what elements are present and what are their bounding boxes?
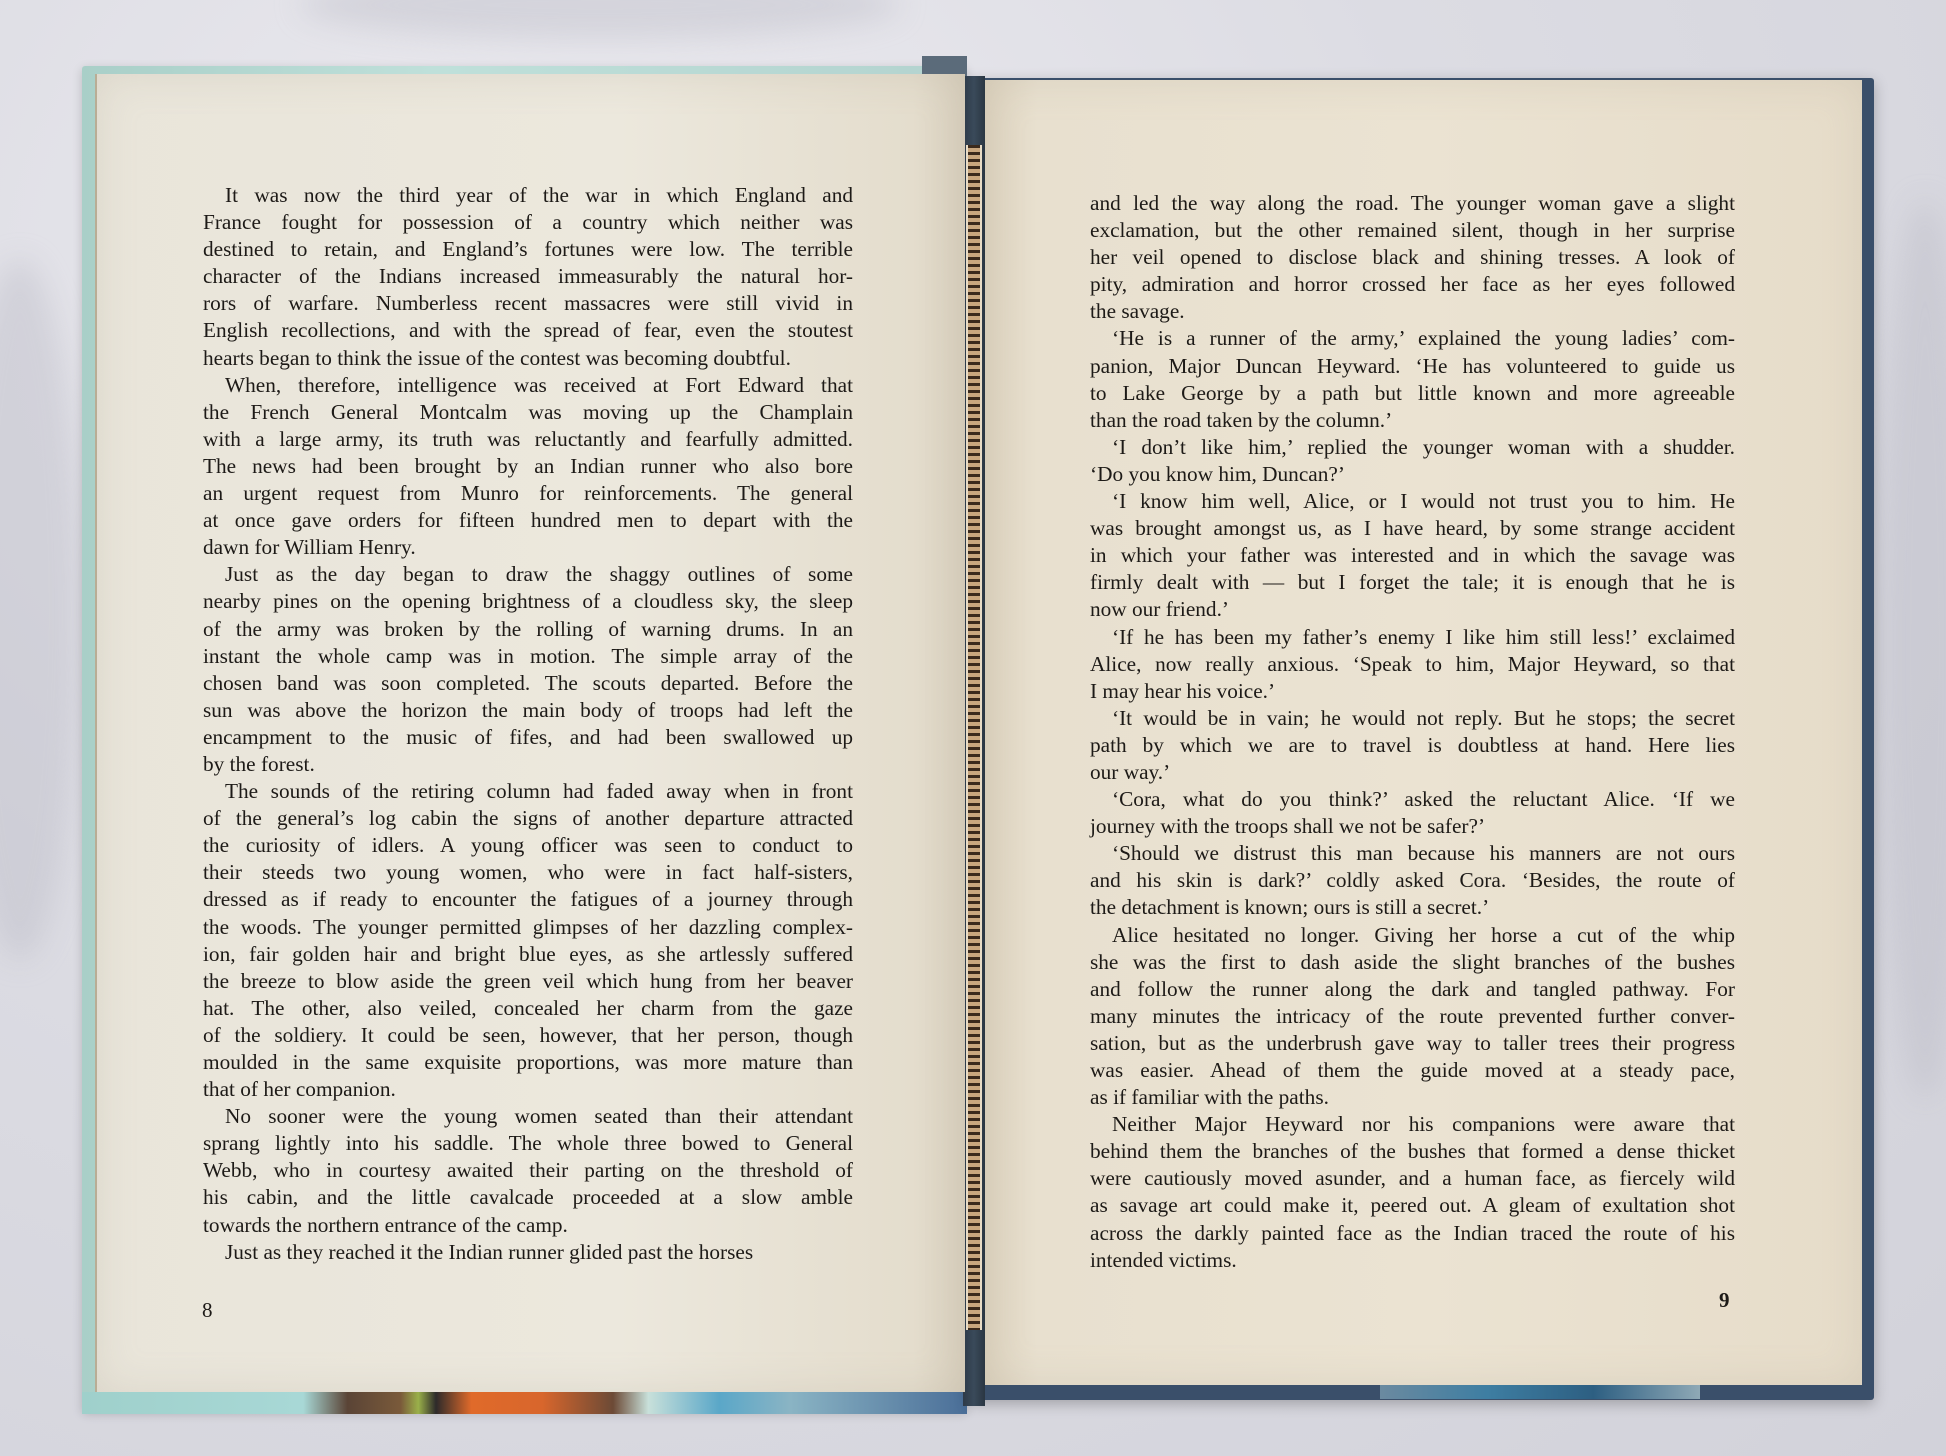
text-line: Neither Major Heyward nor his companions… (1090, 1111, 1735, 1138)
paragraph: Just as the day began to draw the shaggy… (203, 561, 853, 778)
binding-stitching (966, 145, 982, 1330)
text-line: France fought for possession of a countr… (203, 209, 853, 236)
text-line: encampment to the music of fifes, and ha… (203, 724, 853, 751)
text-line: to Lake George by a path but little know… (1090, 380, 1735, 407)
text-line: Just as they reached it the Indian runne… (203, 1239, 853, 1266)
text-line: behind them the branches of the bushes t… (1090, 1138, 1735, 1165)
text-line: as savage art could make it, peered out.… (1090, 1192, 1735, 1219)
text-line: rors of warfare. Numberless recent massa… (203, 290, 853, 317)
text-line: our way.’ (1090, 759, 1735, 786)
book-spine-top (922, 56, 967, 76)
text-line: Alice hesitated no longer. Giving her ho… (1090, 922, 1735, 949)
paragraph: Alice hesitated no longer. Giving her ho… (1090, 922, 1735, 1112)
text-line: now our friend.’ (1090, 596, 1735, 623)
text-line: and led the way along the road. The youn… (1090, 190, 1735, 217)
text-line: The sounds of the retiring column had fa… (203, 778, 853, 805)
text-line: and follow the runner along the dark and… (1090, 976, 1735, 1003)
text-line: ion, fair golden hair and bright blue ey… (203, 941, 853, 968)
text-line: at once gave orders for fifteen hundred … (203, 507, 853, 534)
text-line: by the forest. (203, 751, 853, 778)
text-line: Webb, who in courtesy awaited their part… (203, 1157, 853, 1184)
cloth-fold (0, 260, 80, 960)
text-line: pity, admiration and horror crossed her … (1090, 271, 1735, 298)
page-number-left: 8 (202, 1298, 213, 1323)
paragraph: ‘He is a runner of the army,’ explained … (1090, 325, 1735, 433)
text-line: the savage. (1090, 298, 1735, 325)
text-line: ‘I don’t like him,’ replied the younger … (1090, 434, 1735, 461)
text-line: the woods. The younger permitted glimpse… (203, 914, 853, 941)
text-line: than the road taken by the column.’ (1090, 407, 1735, 434)
text-line: dressed as if ready to encounter the fat… (203, 886, 853, 913)
text-line: It was now the third year of the war in … (203, 182, 853, 209)
text-line: the breeze to blow aside the green veil … (203, 968, 853, 995)
text-line: When, therefore, intelligence was receiv… (203, 372, 853, 399)
text-line: was easier. Ahead of them the guide move… (1090, 1057, 1735, 1084)
text-line: ‘If he has been my father’s enemy I like… (1090, 624, 1735, 651)
text-line: the curiosity of idlers. A young officer… (203, 832, 853, 859)
text-line: she was the first to dash aside the slig… (1090, 949, 1735, 976)
paragraph: ‘I know him well, Alice, or I would not … (1090, 488, 1735, 623)
text-line: as if familiar with the paths. (1090, 1084, 1735, 1111)
text-line: instant the whole camp was in motion. Th… (203, 643, 853, 670)
text-line: sun was above the horizon the main body … (203, 697, 853, 724)
text-line: dawn for William Henry. (203, 534, 853, 561)
text-line: path by which we are to travel is doubtl… (1090, 732, 1735, 759)
text-line: was brought amongst us, as I have heard,… (1090, 515, 1735, 542)
text-line: panion, Major Duncan Heyward. ‘He has vo… (1090, 353, 1735, 380)
text-line: exclamation, but the other remained sile… (1090, 217, 1735, 244)
text-line: many minutes the intricacy of the route … (1090, 1003, 1735, 1030)
paragraph: ‘I don’t like him,’ replied the younger … (1090, 434, 1735, 488)
text-line: English recollections, and with the spre… (203, 317, 853, 344)
text-line: their steeds two young women, who were i… (203, 859, 853, 886)
paragraph: ‘Should we distrust this man because his… (1090, 840, 1735, 921)
text-line: Just as the day began to draw the shaggy… (203, 561, 853, 588)
text-line: of the soldiery. It could be seen, howev… (203, 1022, 853, 1049)
paragraph: ‘Cora, what do you think?’ asked the rel… (1090, 786, 1735, 840)
text-line: hat. The other, also veiled, concealed h… (203, 995, 853, 1022)
paragraph: When, therefore, intelligence was receiv… (203, 372, 853, 562)
text-line: Alice, now really anxious. ‘Speak to him… (1090, 651, 1735, 678)
text-line: The news had been brought by an Indian r… (203, 453, 853, 480)
text-line: an urgent request from Munro for reinfor… (203, 480, 853, 507)
text-line: in which your father was interested and … (1090, 542, 1735, 569)
paragraph: No sooner were the young women seated th… (203, 1103, 853, 1238)
text-line: moulded in the same exquisite proportion… (203, 1049, 853, 1076)
page-number-right: 9 (1719, 1288, 1730, 1313)
text-line: her veil opened to disclose black and sh… (1090, 244, 1735, 271)
text-line: were cautiously moved asunder, and a hum… (1090, 1165, 1735, 1192)
text-line: hearts began to think the issue of the c… (203, 345, 853, 372)
text-line: sation, but as the underbrush gave way t… (1090, 1030, 1735, 1057)
book-cover-right-edge (1380, 1385, 1700, 1399)
text-line: sprang lightly into his saddle. The whol… (203, 1130, 853, 1157)
paragraph: Neither Major Heyward nor his companions… (1090, 1111, 1735, 1274)
paragraph: Just as they reached it the Indian runne… (203, 1239, 853, 1266)
paragraph: The sounds of the retiring column had fa… (203, 778, 853, 1103)
book-cover-illustration-edge (82, 1392, 967, 1414)
text-line: nearby pines on the opening brightness o… (203, 588, 853, 615)
text-line: ‘Cora, what do you think?’ asked the rel… (1090, 786, 1735, 813)
text-line: towards the northern entrance of the cam… (203, 1212, 853, 1239)
paragraph: and led the way along the road. The youn… (1090, 190, 1735, 325)
text-line: with a large army, its truth was relucta… (203, 426, 853, 453)
text-line: ‘It would be in vain; he would not reply… (1090, 705, 1735, 732)
text-line: ‘I know him well, Alice, or I would not … (1090, 488, 1735, 515)
cloth-fold (300, 0, 900, 40)
text-line: journey with the troops shall we not be … (1090, 813, 1735, 840)
text-line: ‘Do you know him, Duncan?’ (1090, 461, 1735, 488)
right-page-text: and led the way along the road. The youn… (1090, 190, 1735, 1274)
text-line: destined to retain, and England’s fortun… (203, 236, 853, 263)
text-line: his cabin, and the little cavalcade proc… (203, 1184, 853, 1211)
text-line: of the general’s log cabin the signs of … (203, 805, 853, 832)
text-line: ‘He is a runner of the army,’ explained … (1090, 325, 1735, 352)
text-line: I may hear his voice.’ (1090, 678, 1735, 705)
text-line: ‘Should we distrust this man because his… (1090, 840, 1735, 867)
cloth-fold (1880, 200, 1946, 1100)
paragraph: ‘If he has been my father’s enemy I like… (1090, 624, 1735, 705)
paragraph: It was now the third year of the war in … (203, 182, 853, 372)
text-line: intended victims. (1090, 1247, 1735, 1274)
text-line: firmly dealt with — but I forget the tal… (1090, 569, 1735, 596)
text-line: chosen band was soon completed. The scou… (203, 670, 853, 697)
text-line: the detachment is known; ours is still a… (1090, 894, 1735, 921)
text-line: character of the Indians increased immea… (203, 263, 853, 290)
text-line: No sooner were the young women seated th… (203, 1103, 853, 1130)
text-line: the French General Montcalm was moving u… (203, 399, 853, 426)
text-line: of the army was broken by the rolling of… (203, 616, 853, 643)
left-page-text: It was now the third year of the war in … (203, 182, 853, 1266)
paragraph: ‘It would be in vain; he would not reply… (1090, 705, 1735, 786)
text-line: across the darkly painted face as the In… (1090, 1220, 1735, 1247)
text-line: and his skin is dark?’ coldly asked Cora… (1090, 867, 1735, 894)
text-line: that of her companion. (203, 1076, 853, 1103)
